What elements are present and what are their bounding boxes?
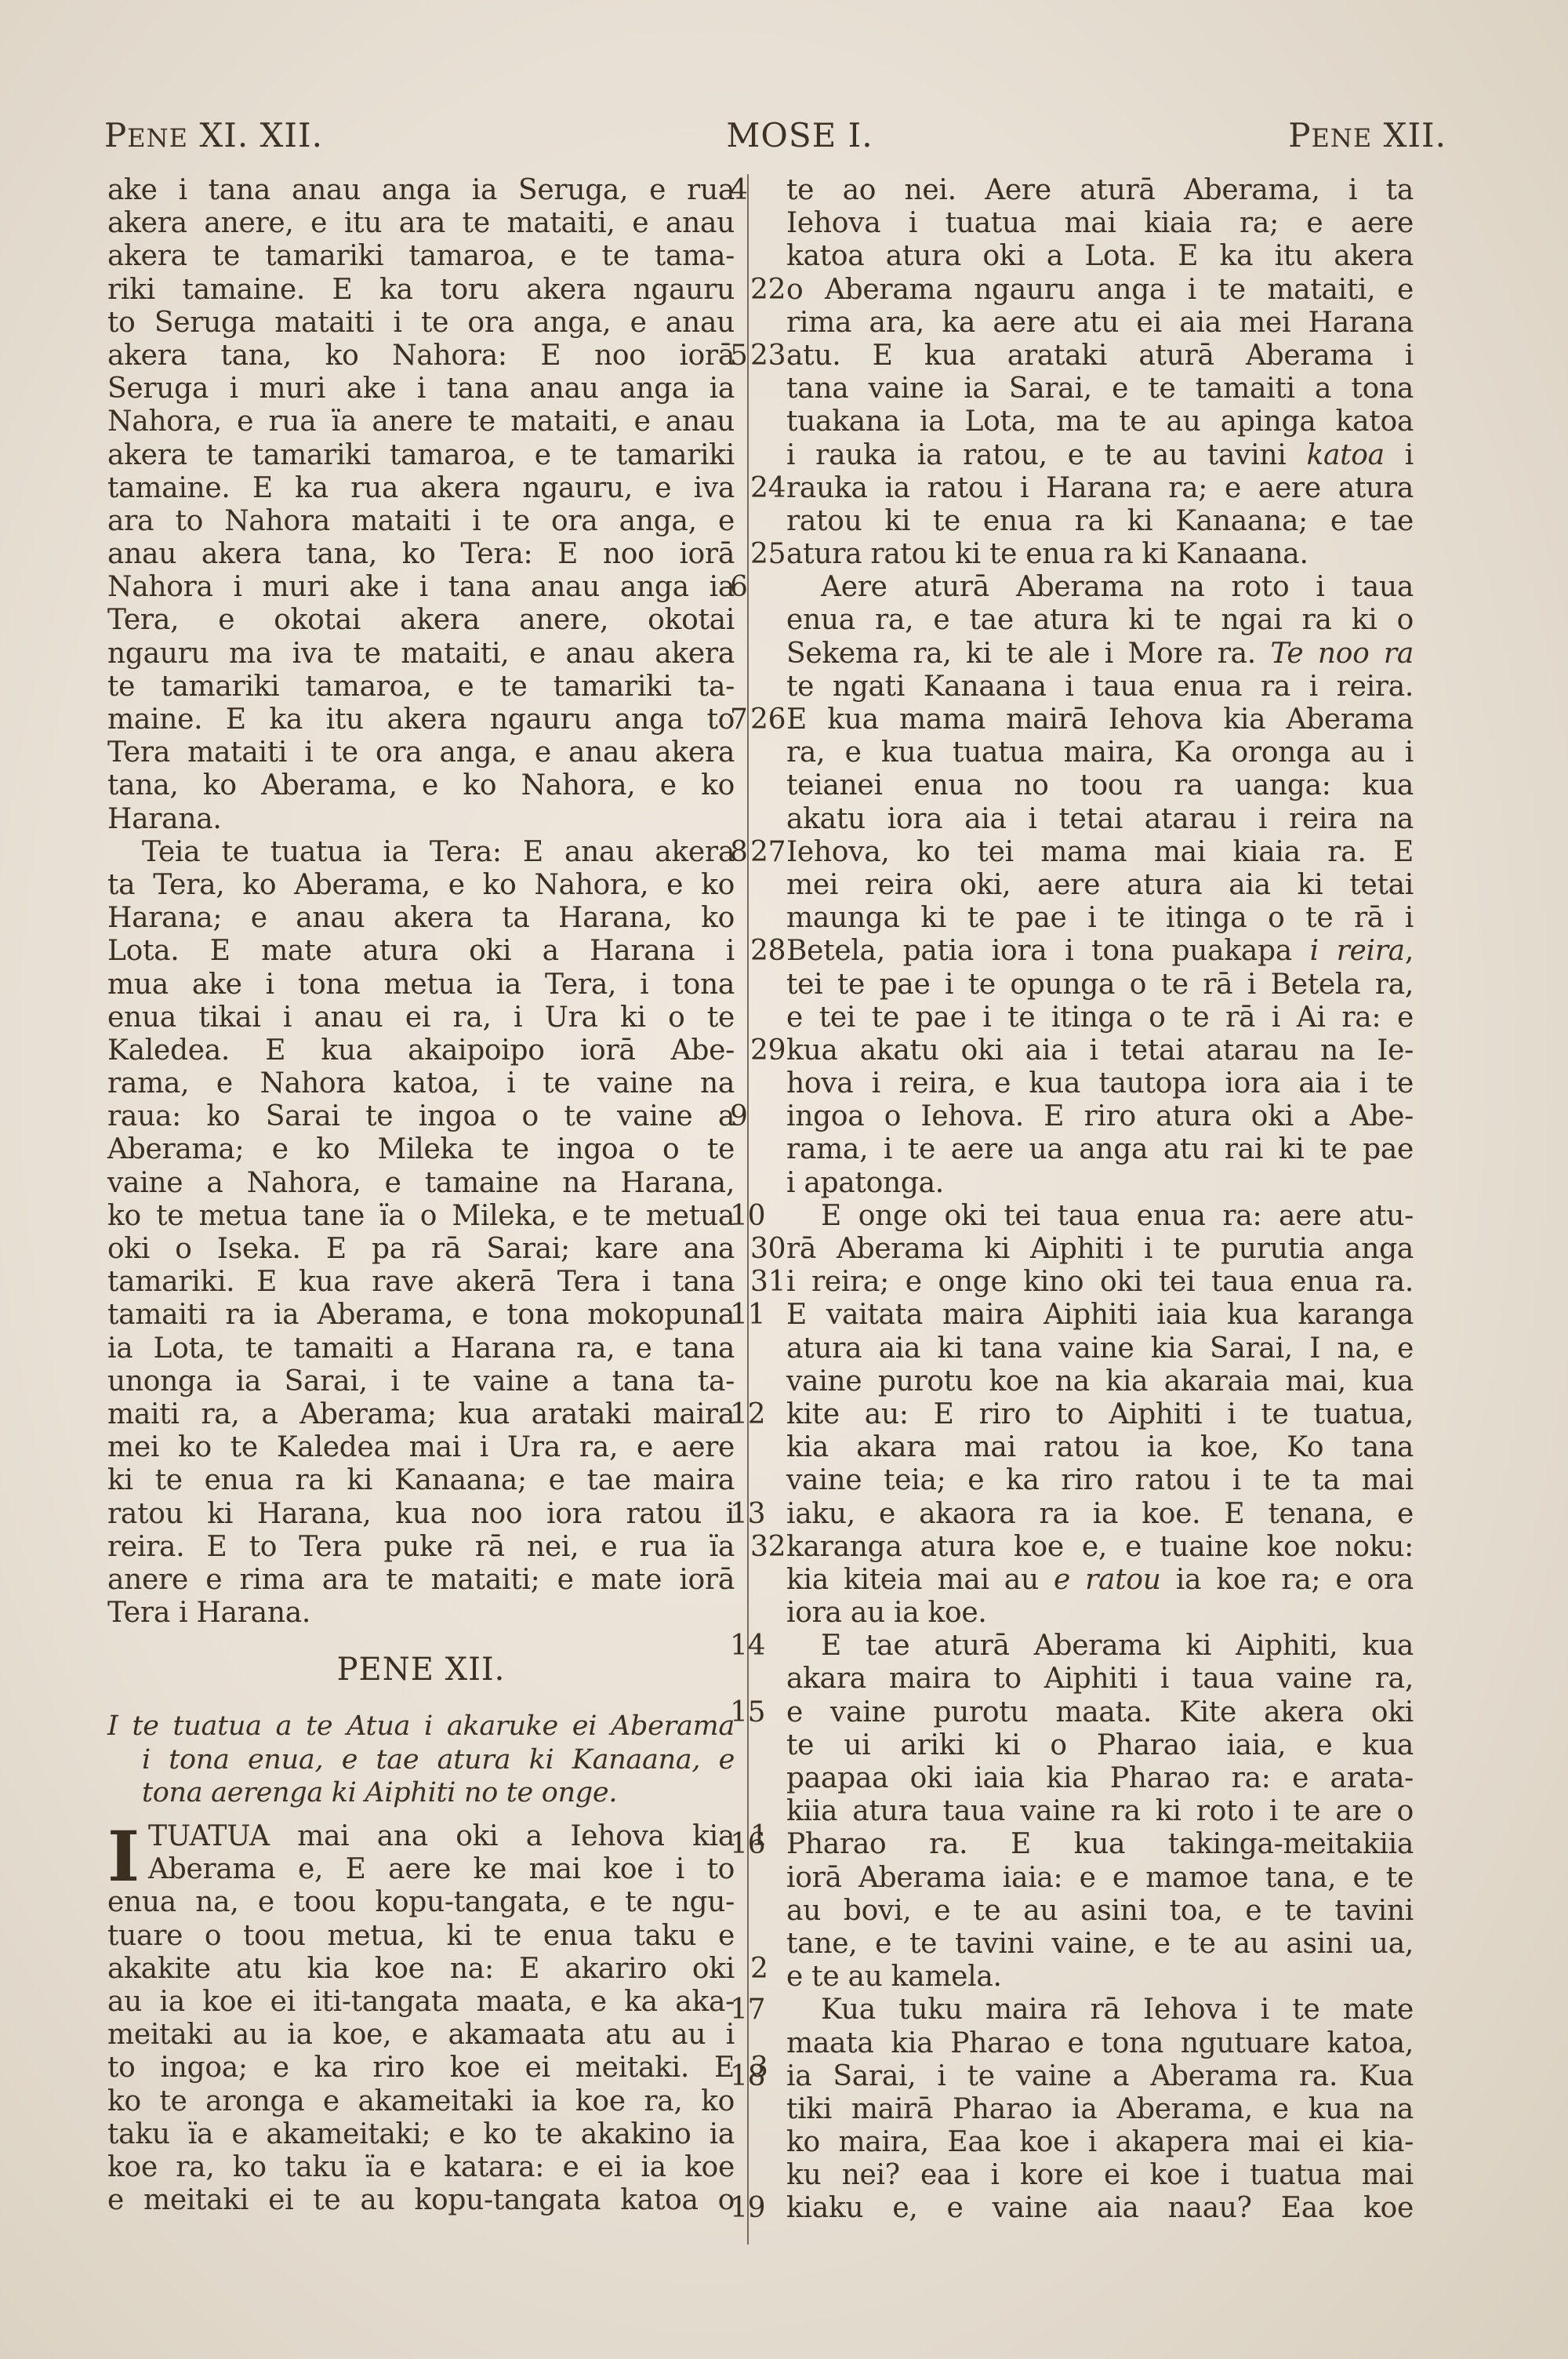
text-line: Harana; e anau akera ta Harana, ko (107, 902, 735, 935)
line-text: mua ake i tona metua ia Tera, i tona (107, 969, 735, 1001)
line-text: au ia koe ei iti-tangata maata, e ka aka… (107, 1986, 735, 2018)
text-line: Pharao ra. E kua takinga-meitakiia16 (786, 1828, 1414, 1861)
text-line: Sekema ra, ki te ale i More ra. Te noo r… (786, 638, 1414, 671)
text-line: i apatonga. (786, 1167, 1414, 1200)
line-text: akera anere, e itu ara te mataiti, e ana… (107, 207, 735, 239)
text-line: akera tana, ko Nahora: E noo iorā23 (107, 340, 735, 373)
line-text: iaku, e akaora ra ia koe. E tenana, e (786, 1498, 1414, 1530)
line-text: mei reira oki, aere atura aia ki tetai (786, 869, 1414, 901)
text-line: teianei enua no toou ra uanga: kua (786, 769, 1414, 802)
line-text: akera te tamariki tamaroa, e te tama- (107, 240, 735, 272)
line-text: enua tikai i anau ei ra, i Ura ki o te (107, 1001, 735, 1034)
text-line: riki tamaine. E ka toru akera ngauru22 (107, 274, 735, 307)
line-text: tana, ko Aberama, e ko Nahora, e ko (107, 769, 735, 801)
text-line: au bovi, e te au asini toa, e te tavini (786, 1895, 1414, 1928)
text-line: meitaki au ia koe, e akamaata atu au i (107, 2019, 735, 2052)
text-line: ake i tana anau anga ia Seruga, e rua (107, 174, 735, 207)
line-text: rima ara, ka aere atu ei aia mei Harana (786, 307, 1414, 339)
text-line: kia akara mai ratou ia koe, Ko tana (786, 1431, 1414, 1464)
italic-word: katoa (1306, 439, 1384, 471)
line-text: Seruga i muri ake i tana anau anga ia (107, 373, 735, 405)
book-page: PENE XI. XII. MOSE I. PENE XII. ake i ta… (0, 0, 1568, 2359)
line-text: ko te metua tane ïa o Mileka, e te metua (107, 1200, 735, 1232)
verse-number: 18 (730, 2060, 777, 2093)
line-text: tuakana ia Lota, ma te au apinga katoa (786, 405, 1414, 438)
line-text: maunga ki te pae i te itinga o te rā i (786, 902, 1414, 934)
line-text: Kaledea. E kua akaipoipo iorā Abe- (107, 1034, 735, 1067)
rh-right-initial: P (1288, 116, 1311, 154)
line-text: ku nei? eaa i kore ei koe i tuatua mai (786, 2159, 1414, 2191)
text-line: kiaku e, e vaine aia naau? Eaa koe19 (786, 2192, 1414, 2225)
line-text: ia Lota, te tamaiti a Harana ra, e tana (107, 1332, 735, 1365)
text-line: ta Tera, ko Aberama, e ko Nahora, e ko (107, 869, 735, 902)
line-text: hova i reira, e kua tautopa iora aia i t… (786, 1067, 1414, 1100)
line-text: ko maira, Eaa koe i akapera mai ei kia- (786, 2126, 1414, 2158)
left-column: ake i tana anau anga ia Seruga, e ruaake… (107, 174, 735, 2217)
line-text: tei te pae i te opunga o te rā i Betela … (786, 969, 1414, 1001)
text-line: ingoa o Iehova. E riro atura oki a Abe-9 (786, 1100, 1414, 1133)
line-text: Tera i Harana. (107, 1597, 310, 1629)
text-line: tana, ko Aberama, e ko Nahora, e ko (107, 769, 735, 802)
text-line: maata kia Pharao e tona ngutuare katoa, (786, 2027, 1414, 2060)
verse-number: 15 (730, 1696, 777, 1729)
line-text: Harana; e anau akera ta Harana, ko (107, 902, 735, 934)
line-text: maata kia Pharao e tona ngutuare katoa, (786, 2027, 1414, 2059)
rh-right-chapters: XII. (1372, 116, 1446, 154)
text-line: mei reira oki, aere atura aia ki tetai (786, 869, 1414, 902)
text-line: ko te metua tane ïa o Mileka, e te metua (107, 1200, 735, 1233)
line-text: tiki mairā Pharao ia Aberama, e kua na (786, 2093, 1414, 2125)
left-text-block: ake i tana anau anga ia Seruga, e ruaake… (107, 174, 735, 1630)
line-text: atu. E kua arataki aturā Aberama i (786, 340, 1414, 372)
line-text: kite au: E riro to Aiphiti i te tuatua, (786, 1398, 1414, 1430)
verse-number: 6 (730, 571, 777, 604)
line-text: i rauka ia ratou, e te au tavini katoa i (786, 439, 1414, 471)
line-text: TUATUA mai ana oki a Iehova kia (148, 1820, 735, 1852)
text-line: te tamariki tamaroa, e te tamariki ta- (107, 671, 735, 703)
rh-left-chapters: XI. XII. (188, 116, 323, 154)
text-line: au ia koe ei iti-tangata maata, e ka aka… (107, 1986, 735, 2019)
line-text: meitaki au ia koe, e akamaata atu au i (107, 2019, 735, 2051)
line-text: kiaku e, e vaine aia naau? Eaa koe (786, 2192, 1414, 2224)
text-line: Nahora, e rua ïa anere te mataiti, e ana… (107, 405, 735, 438)
text-line: vaine a Nahora, e tamaine na Harana, (107, 1167, 735, 1200)
line-text: E onge oki tei taua enua ra: aere atu- (821, 1200, 1414, 1232)
italic-word: Te noo ra (1270, 638, 1414, 670)
text-line: Kaledea. E kua akaipoipo iorā Abe-29 (107, 1034, 735, 1067)
text-line: ko te aronga e akameitaki ia koe ra, ko (107, 2085, 735, 2118)
line-text: anere e rima ara te mataiti; e mate iorā (107, 1564, 735, 1596)
line-text: ra, e kua tuatua maira, Ka oronga au i (786, 736, 1414, 769)
text-line: taku ïa e akameitaki; e ko te akakino ia (107, 2118, 735, 2151)
text-line: maunga ki te pae i te itinga o te rā i (786, 902, 1414, 935)
verse-number: 8 (730, 836, 777, 869)
text-line: iora au ia koe. (786, 1597, 1414, 1630)
text-line: raua: ko Sarai te ingoa o te vaine a (107, 1100, 735, 1133)
text-line: mei ko te Kaledea mai i Ura ra, e aere (107, 1431, 735, 1464)
text-line: Aberama e, E aere ke mai koe i to (107, 1853, 735, 1886)
text-line: e tei te pae i te itinga o te rā i Ai ra… (786, 1001, 1414, 1034)
line-text: Teia te tuatua ia Tera: E anau akera (142, 836, 735, 868)
text-line: rama, e Nahora katoa, i te vaine na (107, 1067, 735, 1100)
text-line: i rauka ia ratou, e te au tavini katoa i (786, 439, 1414, 472)
text-line: tuakana ia Lota, ma te au apinga katoa (786, 405, 1414, 438)
text-line: iorā Aberama iaia: e e mamoe tana, e te (786, 1862, 1414, 1895)
text-line: E tae aturā Aberama ki Aiphiti, kua14 (786, 1630, 1414, 1663)
line-text: oki o Iseka. E pa rā Sarai; kare ana (107, 1233, 735, 1265)
line-text: anau akera tana, ko Tera: E noo iorā (107, 538, 735, 570)
line-text: Sekema ra, ki te ale i More ra. Te noo r… (786, 638, 1414, 670)
text-line: Aere aturā Aberama na roto i taua6 (786, 571, 1414, 604)
verse-number: 9 (730, 1100, 777, 1133)
line-text: Aberama e, E aere ke mai koe i to (148, 1853, 735, 1885)
text-line: atura ratou ki te enua ra ki Kanaana. (786, 538, 1414, 571)
text-line: Lota. E mate atura oki a Harana i28 (107, 935, 735, 968)
text-line: anere e rima ara te mataiti; e mate iorā (107, 1564, 735, 1597)
text-line: ia Lota, te tamaiti a Harana ra, e tana (107, 1332, 735, 1365)
text-line: maine. E ka itu akera ngauru anga to26 (107, 703, 735, 736)
text-line: Tera, e okotai akera anere, okotai (107, 604, 735, 637)
running-head-right: PENE XII. (1288, 116, 1446, 154)
text-line: ki te enua ra ki Kanaana; e tae maira (107, 1464, 735, 1497)
line-text: maiti ra, a Aberama; kua arataki maira (107, 1398, 735, 1430)
text-line: mua ake i tona metua ia Tera, i tona (107, 969, 735, 1001)
line-text: Iehova, ko tei mama mai kiaia ra. E (786, 836, 1414, 868)
line-text: karanga atura koe e, e tuaine koe noku: (786, 1531, 1414, 1563)
verse-number: 13 (730, 1498, 777, 1531)
text-line: e te au kamela. (786, 1961, 1414, 1994)
summary-line: I te tuatua a te Atua i akaruke ei Abera… (107, 1710, 735, 1743)
text-line: Seruga i muri ake i tana anau anga ia (107, 373, 735, 405)
line-text: akera tana, ko Nahora: E noo iorā (107, 340, 735, 372)
line-text: e te au kamela. (786, 1961, 1002, 1993)
line-text: e tei te pae i te itinga o te rā i Ai ra… (786, 1001, 1414, 1034)
line-text: kia akara mai ratou ia koe, Ko tana (786, 1431, 1414, 1463)
line-text: kia kiteia mai au e ratou ia koe ra; e o… (786, 1564, 1414, 1596)
line-text: i apatonga. (786, 1167, 944, 1199)
text-line: Betela, patia iora i tona puakapa i reir… (786, 935, 1414, 968)
verse-number: 7 (730, 703, 777, 736)
text-line: Tera i Harana. (107, 1597, 735, 1630)
text-line: ngauru ma iva te mataiti, e anau akera (107, 638, 735, 671)
text-line: akara maira to Aiphiti i taua vaine ra, (786, 1663, 1414, 1696)
chapter-summary: I te tuatua a te Atua i akaruke ei Abera… (107, 1710, 735, 1809)
line-text: akakite atu kia koe na: E akariro oki (107, 1953, 735, 1985)
right-text-block: te ao nei. Aere aturā Aberama, i ta4Ieho… (786, 174, 1414, 2226)
line-text: iorā Aberama iaia: e e mamoe tana, e te (786, 1862, 1414, 1894)
line-text: tamaiti ra ia Aberama, e tona mokopuna (107, 1299, 735, 1331)
verse-number: 4 (730, 174, 777, 207)
text-line: ra, e kua tuatua maira, Ka oronga au i (786, 736, 1414, 769)
verse-number: 5 (730, 340, 777, 373)
line-text: Tera, e okotai akera anere, okotai (107, 604, 735, 636)
text-line: enua tikai i anau ei ra, i Ura ki o te (107, 1001, 735, 1034)
line-text: rama, e Nahora katoa, i te vaine na (107, 1067, 735, 1100)
text-line: Iehova i tuatua mai kiaia ra; e aere (786, 207, 1414, 240)
text-line: tane, e te tavini vaine, e te au asini u… (786, 1928, 1414, 1961)
text-line: te ao nei. Aere aturā Aberama, i ta4 (786, 174, 1414, 207)
text-line: tana vaine ia Sarai, e te tamaiti a tona (786, 373, 1414, 405)
text-line: kiia atura taua vaine ra ki roto i te ar… (786, 1795, 1414, 1828)
line-text: tamariki. E kua rave akerā Tera i tana (107, 1266, 735, 1298)
text-line: paapaa oki iaia kia Pharao ra: e arata- (786, 1762, 1414, 1795)
text-line: hova i reira, e kua tautopa iora aia i t… (786, 1067, 1414, 1100)
text-line: E vaitata maira Aiphiti iaia kua karanga… (786, 1299, 1414, 1332)
chapter-heading: PENE XII. (107, 1653, 735, 1686)
line-text: ia Sarai, i te vaine a Aberama ra. Kua (786, 2060, 1414, 2092)
verse-number: 10 (730, 1200, 777, 1233)
text-line: oki o Iseka. E pa rā Sarai; kare ana30 (107, 1233, 735, 1266)
chapter-body: I TUATUA mai ana oki a Iehova kia1Aberam… (107, 1820, 735, 2217)
text-line: ratou ki te enua ra ki Kanaana; e tae (786, 505, 1414, 538)
text-line: reira. E to Tera puke rā nei, e rua ïa32 (107, 1531, 735, 1564)
text-line: tamaine. E ka rua akera ngauru, e iva24 (107, 472, 735, 505)
line-text: kiia atura taua vaine ra ki roto i te ar… (786, 1795, 1414, 1827)
text-line: ku nei? eaa i kore ei koe i tuatua mai (786, 2159, 1414, 2192)
text-line: Nahora i muri ake i tana anau anga ia (107, 571, 735, 604)
line-text: mei ko te Kaledea mai i Ura ra, e aere (107, 1431, 735, 1463)
spacer (107, 1809, 735, 1820)
text-line: vaine teia; e ka riro ratou i te ta mai (786, 1464, 1414, 1497)
line-text: tuare o toou metua, ki te enua taku e (107, 1920, 735, 1952)
text-line: Teia te tuatua ia Tera: E anau akera27 (107, 836, 735, 869)
text-line: ia Sarai, i te vaine a Aberama ra. Kua18 (786, 2060, 1414, 2093)
line-text: vaine purotu koe na kia akaraia mai, kua (786, 1365, 1414, 1398)
text-line: tei te pae i te opunga o te rā i Betela … (786, 969, 1414, 1001)
line-text: teianei enua no toou ra uanga: kua (786, 769, 1414, 801)
line-text: enua ra, e tae atura ki te ngai ra ki o (786, 604, 1414, 636)
text-line: maiti ra, a Aberama; kua arataki maira (107, 1398, 735, 1431)
line-text: reira. E to Tera puke rā nei, e rua ïa (107, 1531, 735, 1563)
text-line: iaku, e akaora ra ia koe. E tenana, e13 (786, 1498, 1414, 1531)
text-line: te ui ariki ki o Pharao iaia, e kua (786, 1729, 1414, 1762)
chapter-text-block: TUATUA mai ana oki a Iehova kia1Aberama … (107, 1820, 735, 2217)
line-text: vaine a Nahora, e tamaine na Harana, (107, 1167, 735, 1199)
line-text: ratou ki te enua ra ki Kanaana; e tae (786, 505, 1414, 537)
text-line: akera te tamariki tamaroa, e te tama- (107, 240, 735, 273)
line-text: rauka ia ratou i Harana ra; e aere atura (786, 472, 1414, 504)
line-text: Aere aturā Aberama na roto i taua (821, 571, 1414, 603)
text-line: tiki mairā Pharao ia Aberama, e kua na (786, 2093, 1414, 2126)
line-text: E tae aturā Aberama ki Aiphiti, kua (821, 1630, 1414, 1662)
line-text: te tamariki tamaroa, e te tamariki ta- (107, 671, 735, 703)
text-line: o Aberama ngauru anga i te mataiti, e (786, 274, 1414, 307)
line-text: E vaitata maira Aiphiti iaia kua karanga (786, 1299, 1414, 1331)
text-line: TUATUA mai ana oki a Iehova kia1 (107, 1820, 735, 1853)
line-text: ara to Nahora mataiti i te ora anga, e (107, 505, 735, 537)
line-text: E kua mama mairā Iehova kia Aberama (786, 703, 1414, 736)
spacer (107, 1686, 735, 1710)
line-text: tamaine. E ka rua akera ngauru, e iva (107, 472, 735, 504)
line-text: Kua tuku maira rā Iehova i te mate (821, 1994, 1414, 2026)
line-text: paapaa oki iaia kia Pharao ra: e arata- (786, 1762, 1414, 1794)
text-line: kua akatu oki aia i tetai atarau na Ie- (786, 1034, 1414, 1067)
text-line: karanga atura koe e, e tuaine koe noku: (786, 1531, 1414, 1564)
line-text: ingoa o Iehova. E riro atura oki a Abe- (786, 1100, 1414, 1132)
text-line: rauka ia ratou i Harana ra; e aere atura (786, 472, 1414, 505)
text-line: enua ra, e tae atura ki te ngai ra ki o (786, 604, 1414, 637)
text-line: koe ra, ko taku ïa e katara: e ei ia koe (107, 2151, 735, 2184)
text-line: to ingoa; e ka riro koe ei meitaki. E3 (107, 2052, 735, 2085)
line-text: akera te tamariki tamaroa, e te tamariki (107, 439, 735, 471)
line-text: Nahora i muri ake i tana anau anga ia (107, 571, 735, 603)
line-text: Nahora, e rua ïa anere te mataiti, e ana… (107, 405, 735, 438)
text-line: te ngati Kanaana i taua enua ra i reira. (786, 671, 1414, 703)
line-text: akatu iora aia i tetai atarau i reira na (786, 803, 1414, 835)
text-line: akera te tamariki tamaroa, e te tamariki (107, 439, 735, 472)
line-text: i reira; e onge kino oki tei taua enua r… (786, 1266, 1414, 1298)
line-text: raua: ko Sarai te ingoa o te vaine a (107, 1100, 735, 1132)
line-text: Lota. E mate atura oki a Harana i (107, 935, 735, 967)
running-head-left: PENE XI. XII. (104, 116, 323, 154)
line-text: maine. E ka itu akera ngauru anga to (107, 703, 735, 736)
line-text: to Seruga mataiti i te ora anga, e anau (107, 307, 735, 339)
italic-word: i reira (1310, 935, 1405, 967)
line-text: Harana. (107, 803, 222, 835)
text-line: ko maira, Eaa koe i akapera mai ei kia- (786, 2126, 1414, 2159)
text-line: Tera mataiti i te ora anga, e anau akera (107, 736, 735, 769)
line-text: tana vaine ia Sarai, e te tamaiti a tona (786, 373, 1414, 405)
running-head-book-title: MOSE I. (682, 116, 917, 154)
text-line: kia kiteia mai au e ratou ia koe ra; e o… (786, 1564, 1414, 1597)
text-line: Harana. (107, 803, 735, 836)
text-line: atu. E kua arataki aturā Aberama i5 (786, 340, 1414, 373)
line-text: vaine teia; e ka riro ratou i te ta mai (786, 1464, 1414, 1496)
text-line: katoa atura oki a Lota. E ka itu akera (786, 240, 1414, 273)
line-text: ake i tana anau anga ia Seruga, e rua (107, 174, 735, 206)
line-text: enua na, e toou kopu-tangata, e te ngu- (107, 1886, 735, 1918)
line-text: katoa atura oki a Lota. E ka itu akera (786, 240, 1414, 272)
right-column: te ao nei. Aere aturā Aberama, i ta4Ieho… (786, 174, 1414, 2226)
text-line: unonga ia Sarai, i te vaine a tana ta- (107, 1365, 735, 1398)
line-text: riki tamaine. E ka toru akera ngauru (107, 274, 735, 306)
text-line: tamaiti ra ia Aberama, e tona mokopuna (107, 1299, 735, 1332)
text-line: E onge oki tei taua enua ra: aere atu-10 (786, 1200, 1414, 1233)
verse-number: 17 (730, 1994, 777, 2026)
line-text: iora au ia koe. (786, 1597, 987, 1629)
line-text: Tera mataiti i te ora anga, e anau akera (107, 736, 735, 769)
line-text: taku ïa e akameitaki; e ko te akakino ia (107, 2118, 735, 2150)
text-line: rā Aberama ki Aiphiti i te purutia anga (786, 1233, 1414, 1266)
line-text: Iehova i tuatua mai kiaia ra; e aere (786, 207, 1414, 239)
text-line: i reira; e onge kino oki tei taua enua r… (786, 1266, 1414, 1299)
rh-right-smallcaps: ENE (1311, 123, 1372, 153)
line-text: rama, i te aere ua anga atu rai ki te pa… (786, 1133, 1414, 1165)
italic-word: e ratou (1054, 1564, 1161, 1596)
line-text: ko te aronga e akameitaki ia koe ra, ko (107, 2085, 735, 2117)
text-line: Aberama; e ko Mileka te ingoa o te (107, 1133, 735, 1166)
verse-number: 11 (730, 1299, 777, 1332)
text-line: enua na, e toou kopu-tangata, e te ngu- (107, 1886, 735, 1919)
line-text: au bovi, e te au asini toa, e te tavini (786, 1895, 1414, 1927)
text-line: rima ara, ka aere atu ei aia mei Harana (786, 307, 1414, 340)
text-line: kite au: E riro to Aiphiti i te tuatua,1… (786, 1398, 1414, 1431)
text-line: Kua tuku maira rā Iehova i te mate17 (786, 1994, 1414, 2026)
line-text: te ao nei. Aere aturā Aberama, i ta (786, 174, 1414, 206)
line-text: ratou ki Harana, kua noo iora ratou i (107, 1498, 735, 1530)
line-text: Aberama; e ko Mileka te ingoa o te (107, 1133, 735, 1165)
line-text: akara maira to Aiphiti i taua vaine ra, (786, 1663, 1414, 1695)
text-line: akatu iora aia i tetai atarau i reira na (786, 803, 1414, 836)
text-line: anau akera tana, ko Tera: E noo iorā25 (107, 538, 735, 571)
line-text: o Aberama ngauru anga i te mataiti, e (786, 274, 1414, 306)
verse-number: 12 (730, 1398, 777, 1431)
summary-line: tona aerenga ki Aiphiti no te onge. (107, 1776, 735, 1809)
text-line: to Seruga mataiti i te ora anga, e anau (107, 307, 735, 340)
text-line: tamariki. E kua rave akerā Tera i tana31 (107, 1266, 735, 1299)
line-text: atura ratou ki te enua ra ki Kanaana. (786, 538, 1308, 570)
line-text: tane, e te tavini vaine, e te au asini u… (786, 1928, 1414, 1960)
line-text: atura aia ki tana vaine kia Sarai, I na,… (786, 1332, 1414, 1365)
verse-number: 16 (730, 1828, 777, 1861)
text-line: atura aia ki tana vaine kia Sarai, I na,… (786, 1332, 1414, 1365)
text-line: ara to Nahora mataiti i te ora anga, e (107, 505, 735, 538)
text-line: e vaine purotu maata. Kite akera oki15 (786, 1696, 1414, 1729)
line-text: kua akatu oki aia i tetai atarau na Ie- (786, 1034, 1414, 1067)
line-text: koe ra, ko taku ïa e katara: e ei ia koe (107, 2151, 735, 2183)
verse-number: 19 (730, 2192, 777, 2225)
spacer (107, 1630, 735, 1653)
rh-left-smallcaps: ENE (127, 123, 188, 153)
text-line: akakite atu kia koe na: E akariro oki2 (107, 1953, 735, 1986)
line-text: te ui ariki ki o Pharao iaia, e kua (786, 1729, 1414, 1761)
line-text: ta Tera, ko Aberama, e ko Nahora, e ko (107, 869, 735, 901)
line-text: unonga ia Sarai, i te vaine a tana ta- (107, 1365, 735, 1398)
text-line: tuare o toou metua, ki te enua taku e (107, 1920, 735, 1953)
text-line: E kua mama mairā Iehova kia Aberama7 (786, 703, 1414, 736)
text-line: ratou ki Harana, kua noo iora ratou i (107, 1498, 735, 1531)
line-text: Betela, patia iora i tona puakapa i reir… (786, 935, 1414, 967)
line-text: te ngati Kanaana i taua enua ra i reira. (786, 671, 1414, 703)
text-line: vaine purotu koe na kia akaraia mai, kua (786, 1365, 1414, 1398)
text-line: Iehova, ko tei mama mai kiaia ra. E8 (786, 836, 1414, 869)
text-line: akera anere, e itu ara te mataiti, e ana… (107, 207, 735, 240)
text-line: e meitaki ei te au kopu-tangata katoa o (107, 2184, 735, 2217)
summary-line: i tona enua, e tae atura ki Kanaana, e (107, 1743, 735, 1776)
verse-number: 14 (730, 1630, 777, 1663)
line-text: ngauru ma iva te mataiti, e anau akera (107, 638, 735, 670)
text-line: rama, i te aere ua anga atu rai ki te pa… (786, 1133, 1414, 1166)
rh-left-initial: P (104, 116, 127, 154)
line-text: Pharao ra. E kua takinga-meitakiia (786, 1828, 1414, 1860)
line-text: rā Aberama ki Aiphiti i te purutia anga (786, 1233, 1414, 1265)
line-text: e vaine purotu maata. Kite akera oki (786, 1696, 1414, 1728)
line-text: to ingoa; e ka riro koe ei meitaki. E (107, 2052, 735, 2084)
line-text: e meitaki ei te au kopu-tangata katoa o (107, 2184, 735, 2216)
line-text: ki te enua ra ki Kanaana; e tae maira (107, 1464, 735, 1496)
